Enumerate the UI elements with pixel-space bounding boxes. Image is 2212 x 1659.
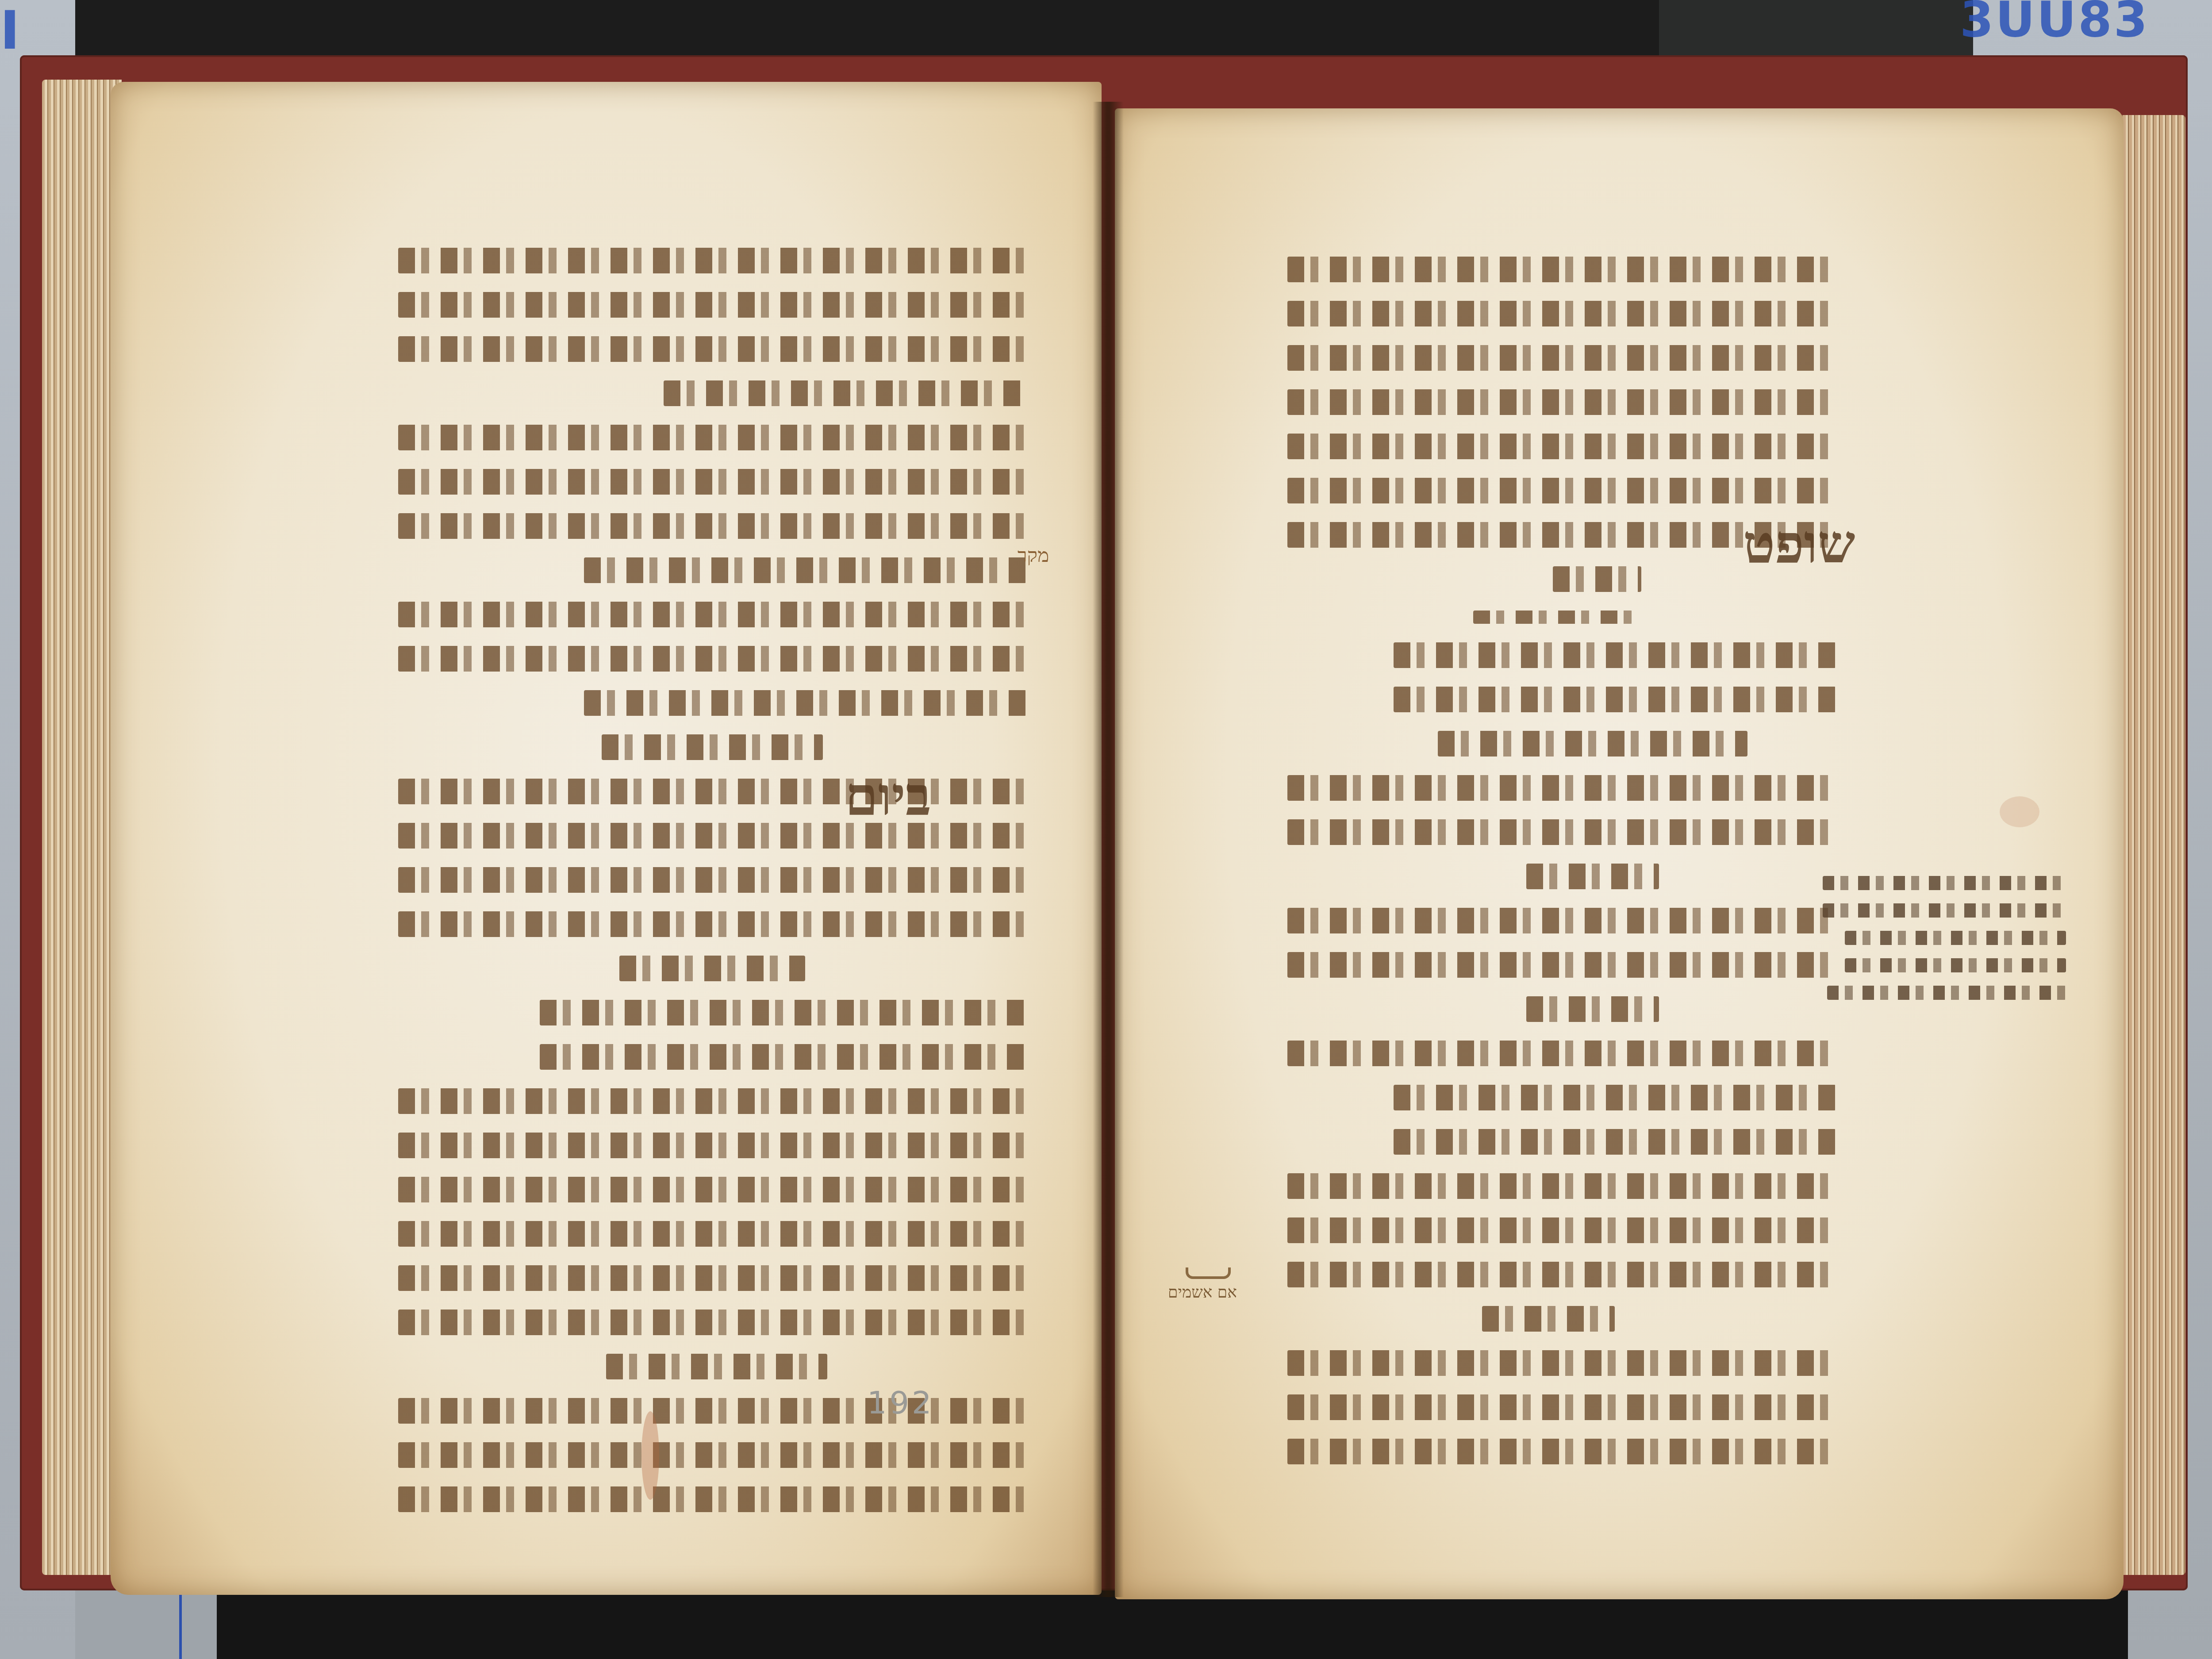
text-line xyxy=(584,557,1026,583)
text-line xyxy=(398,823,1026,849)
text-line xyxy=(398,336,1026,362)
text-line xyxy=(664,380,1026,406)
stain xyxy=(2000,796,2039,827)
text-line xyxy=(1438,731,1747,757)
text-line xyxy=(1287,257,1836,282)
left-page-text xyxy=(389,248,1026,1531)
folio-number: 192 xyxy=(867,1385,934,1421)
left-page-heading-word: ביום xyxy=(845,770,931,823)
text-line xyxy=(1482,1306,1615,1332)
text-line xyxy=(398,513,1026,539)
text-line xyxy=(1553,566,1641,592)
text-line xyxy=(1394,687,1836,712)
text-line xyxy=(398,911,1026,937)
text-line xyxy=(398,425,1026,450)
text-line xyxy=(398,1177,1026,1202)
text-line xyxy=(1473,611,1632,624)
gutter xyxy=(1093,102,1124,1597)
text-line xyxy=(398,469,1026,495)
note-line xyxy=(1823,903,2066,918)
text-line xyxy=(540,1000,1026,1025)
note-line xyxy=(1823,876,2066,890)
text-line xyxy=(540,1044,1026,1070)
text-line xyxy=(1287,952,1836,978)
marginal-note xyxy=(1818,876,2066,1013)
note-line xyxy=(1827,986,2066,1000)
catchword: אם אשמים xyxy=(1168,1283,1237,1302)
text-line xyxy=(398,1221,1026,1247)
text-line xyxy=(398,867,1026,893)
text-line xyxy=(1287,345,1836,371)
text-line xyxy=(1287,1350,1836,1376)
text-line xyxy=(398,602,1026,627)
ink-stain xyxy=(641,1411,659,1500)
text-line xyxy=(1526,996,1659,1022)
right-page-text xyxy=(1283,257,1836,1483)
catchword-ornament-icon xyxy=(1186,1267,1231,1279)
text-line xyxy=(619,956,805,981)
text-line xyxy=(398,1310,1026,1335)
note-line xyxy=(1845,931,2066,945)
text-line xyxy=(1287,478,1836,503)
background-blue-rule xyxy=(179,1584,182,1659)
text-line xyxy=(398,1088,1026,1114)
page-edges-left xyxy=(42,80,122,1575)
text-line xyxy=(398,779,1026,804)
text-line xyxy=(584,690,1026,716)
text-line xyxy=(1287,819,1836,845)
text-line xyxy=(602,734,823,760)
text-line xyxy=(1287,1394,1836,1420)
text-line xyxy=(398,646,1026,672)
right-page-heading-word: שופט xyxy=(1743,518,1855,571)
text-line xyxy=(1287,908,1836,933)
text-line xyxy=(1287,1262,1836,1287)
text-line xyxy=(398,1265,1026,1291)
text-line xyxy=(398,1442,1026,1468)
text-line xyxy=(398,292,1026,318)
text-line xyxy=(1287,775,1836,801)
text-line xyxy=(1287,1173,1836,1199)
text-line xyxy=(398,1486,1026,1512)
text-line xyxy=(1287,434,1836,459)
gutter-margin-note: מקר xyxy=(1018,544,1049,567)
text-line xyxy=(398,248,1026,273)
text-line xyxy=(1394,1085,1836,1110)
text-line xyxy=(1287,1439,1836,1464)
background-stamp-right: 3UU83 xyxy=(1960,0,2149,48)
text-line xyxy=(1287,389,1836,415)
text-line xyxy=(1287,1217,1836,1243)
text-line xyxy=(1287,301,1836,326)
text-line xyxy=(1394,642,1836,668)
background-stamp-left: I xyxy=(0,0,20,61)
text-line xyxy=(606,1354,827,1379)
text-line xyxy=(1394,1129,1836,1155)
text-line xyxy=(398,1133,1026,1158)
text-line xyxy=(1526,864,1659,889)
note-line xyxy=(1845,958,2066,972)
text-line xyxy=(1287,1041,1836,1066)
